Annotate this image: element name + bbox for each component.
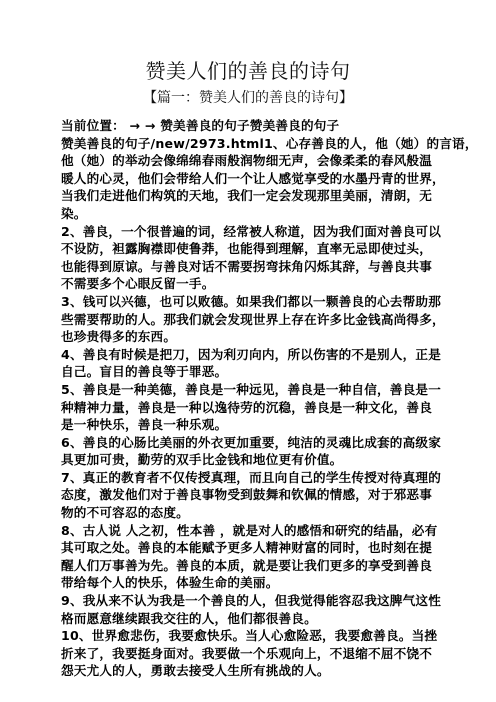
body-line: 3、钱可以兴德，也可以败德。如果我们都以一颗善良的心去帮助那 [61,293,445,311]
breadcrumb-line: 当前位置： → → 赞美善良的句子赞美善良的句子 [61,117,445,135]
body-line: 也珍贵得多的东西。 [61,328,445,346]
body-line: 态度，激发他们对于善良事物受到鼓舞和钦佩的情感，对于邪恶事 [61,486,445,504]
body-line: 带给每个人的快乐，体验生命的美丽。 [61,574,445,592]
body-line: 也能得到原谅。与善良对话不需要拐弯抹角闪烁其辞，与善良共事 [61,258,445,276]
document-body: 当前位置： → → 赞美善良的句子赞美善良的句子 赞美善良的句子/new/297… [61,117,445,680]
body-line: 4、善良有时候是把刀，因为利刃向内，所以伤害的不是别人，正是 [61,346,445,364]
body-line: 物的不可容忍的态度。 [61,504,445,522]
body-line: 怨天尤人的人，勇敢去接受人生所有挑战的人。 [61,662,445,680]
body-line: 其可取之处。善良的本能赋予更多人精神财富的同时，也时刻在提 [61,539,445,557]
document-page: 赞美人们的善良的诗句 【篇一：赞美人们的善良的诗句】 当前位置： → → 赞美善… [0,0,496,702]
body-line: 赞美善良的句子/new/2973.html1、心存善良的人，他（她）的言语， [61,135,445,153]
document-title: 赞美人们的善良的诗句 [0,58,496,84]
body-line: 9、我从来不认为我是一个善良的人，但我觉得能容忍我这脾气这性 [61,592,445,610]
body-line: 8、古人说 人之初，性本善 ，就是对人的感悟和研究的结晶，必有 [61,522,445,540]
body-line: 是一种快乐，善良一种乐观。 [61,416,445,434]
body-line: 染。 [61,205,445,223]
body-line: 格而愿意继续跟我交往的人，他们都很善良。 [61,610,445,628]
body-line: 不设防，袒露胸襟即使鲁莽，也能得到理解，直率无忌即使过头， [61,240,445,258]
body-line: 不需要多个心眼反留一手。 [61,275,445,293]
body-line: 当我们走进他们构筑的天地，我们一定会发现那里美丽，清朗，无 [61,187,445,205]
body-line: 具更加可贵，勤劳的双手比金钱和地位更有价值。 [61,451,445,469]
body-line: 折来了，我要挺身面对。我要做一个乐观向上，不退缩不屈不饶不 [61,645,445,663]
body-line: 暖人的心灵，他们会带给人们一个让人感觉享受的水墨丹青的世界， [61,170,445,188]
body-line: 6、善良的心肠比美丽的外衣更加重要，纯洁的灵魂比成套的高级家 [61,434,445,452]
body-line: 他（她）的举动会像绵绵春雨般润物细无声，会像柔柔的春风般温 [61,152,445,170]
body-line: 7、真正的教育者不仅传授真理，而且向自己的学生传授对待真理的 [61,469,445,487]
body-line: 5、善良是一种美德，善良是一种远见，善良是一种自信，善良是一 [61,381,445,399]
body-line: 10、世界愈悲伤，我要愈快乐。当人心愈险恶，我要愈善良。当挫 [61,627,445,645]
body-line: 些需要帮助的人。那我们就会发现世界上存在许多比金钱高尚得多， [61,311,445,329]
body-line: 醒人们万事善为先。善良的本质，就是要让我们更多的享受到善良 [61,557,445,575]
body-line: 2、善良，一个很普遍的词，经常被人称道，因为我们面对善良可以 [61,223,445,241]
body-line: 种精神力量，善良是一种以逸待劳的沉稳，善良是一种文化，善良 [61,399,445,417]
body-line: 自己。盲目的善良等于罪恶。 [61,363,445,381]
section-heading: 【篇一：赞美人们的善良的诗句】 [0,88,496,108]
